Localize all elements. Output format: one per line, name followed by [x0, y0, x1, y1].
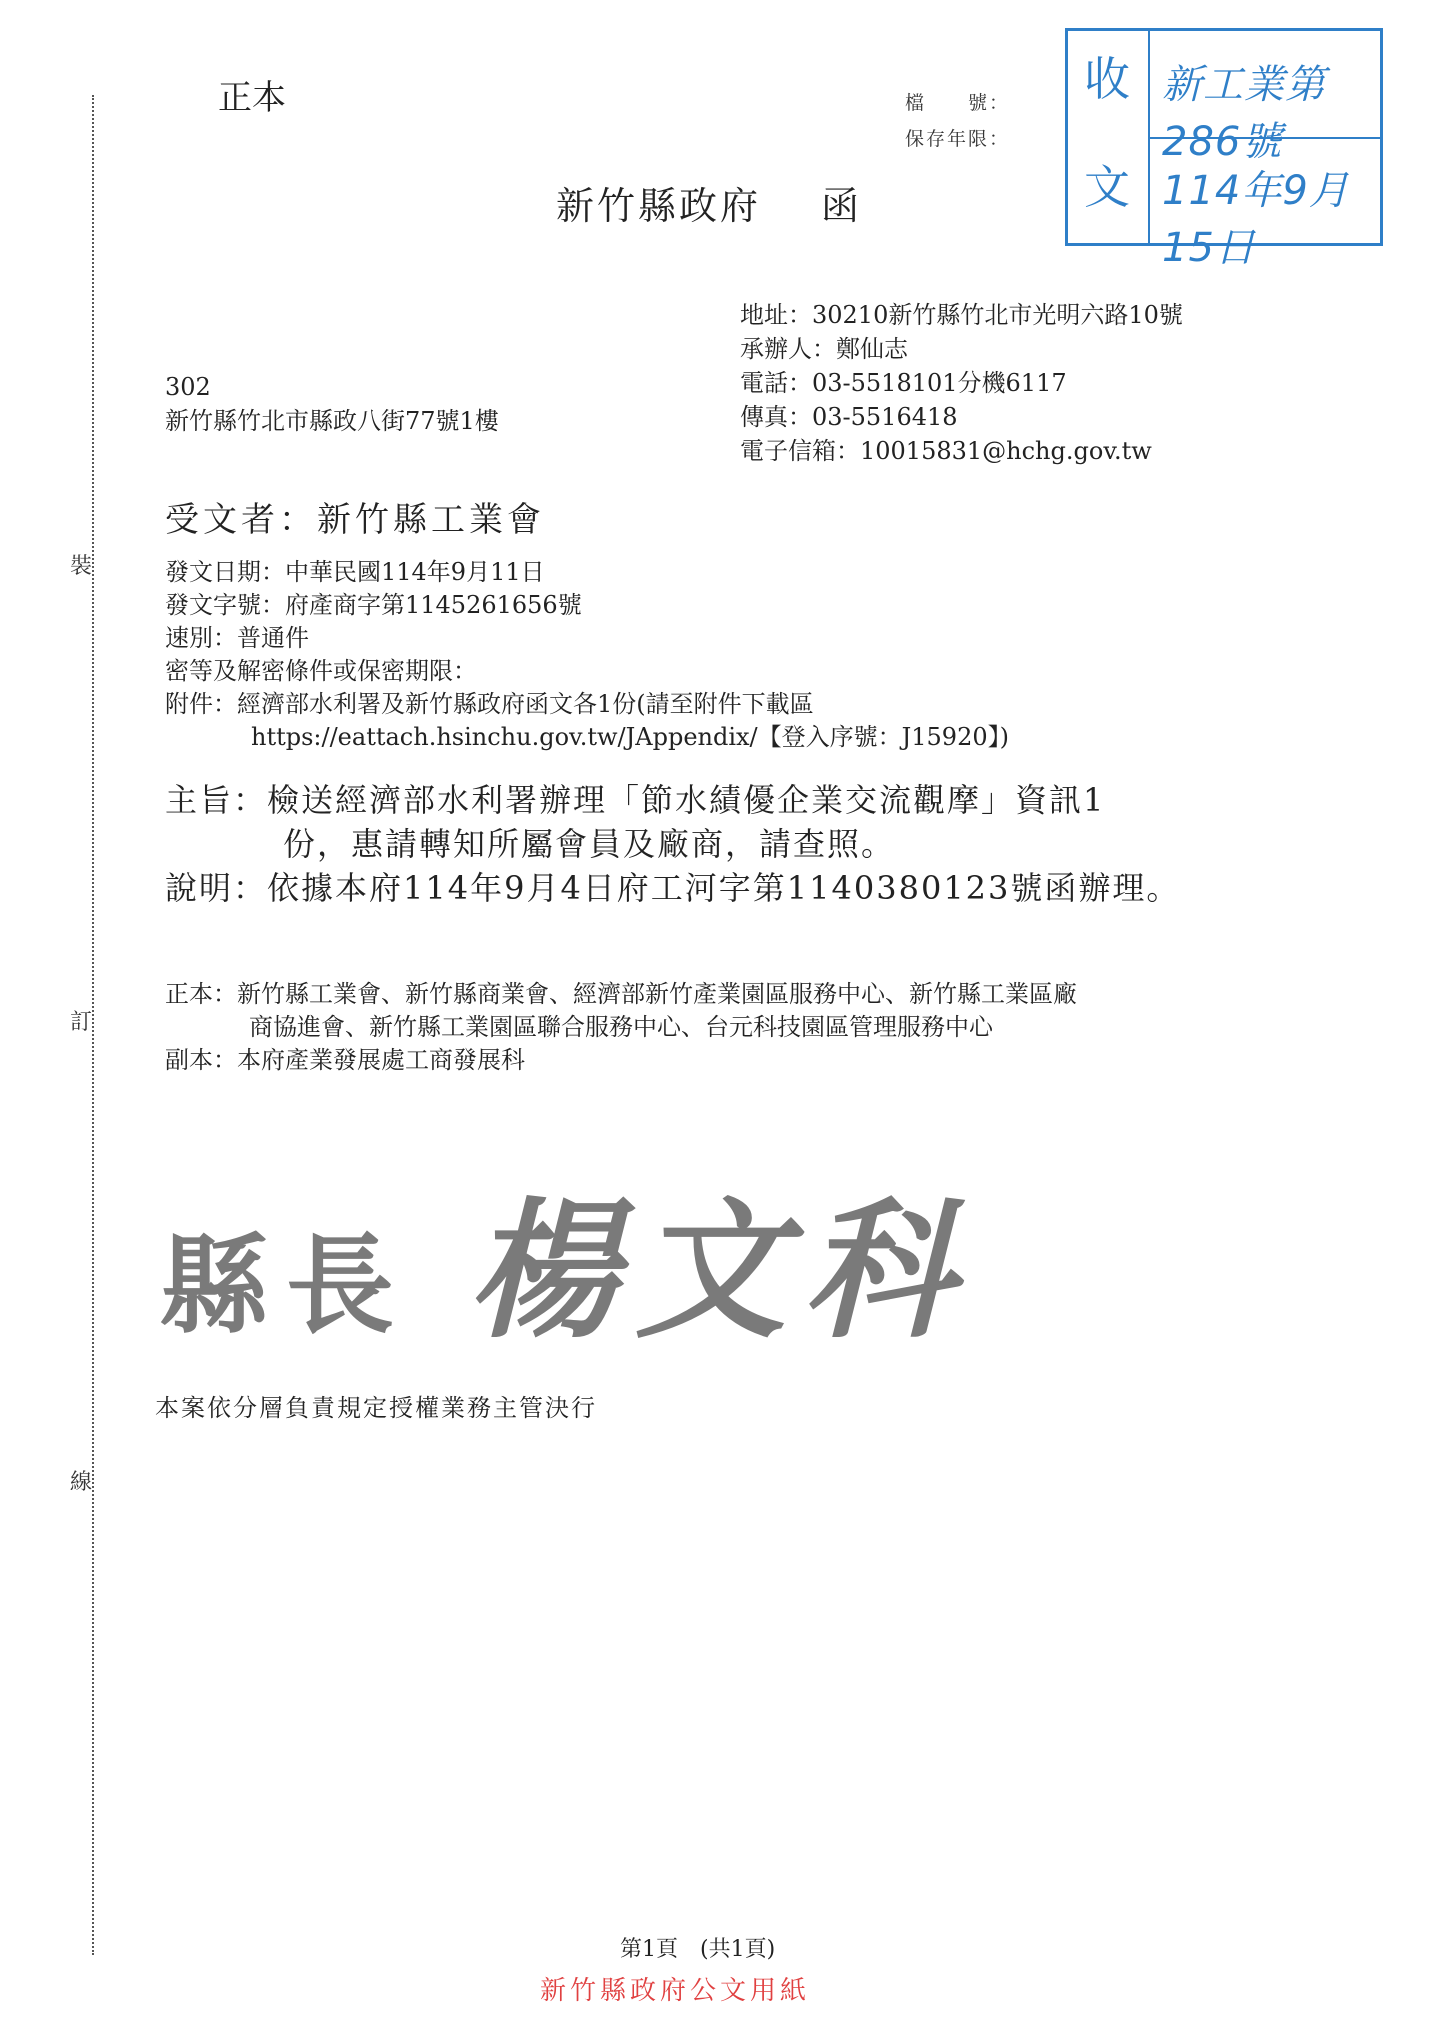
attachment-link[interactable]: https://eattach.hsinchu.gov.tw/JAppendix… — [165, 721, 1009, 754]
stamp-label-wen: 文 — [1084, 151, 1130, 217]
recipient-address-block: 302 新竹縣竹北市縣政八街77號1樓 — [165, 370, 499, 438]
recipient-address: 新竹縣竹北市縣政八街77號1樓 — [165, 404, 499, 438]
paper-brand: 新竹縣政府公文用紙 — [540, 1970, 810, 2007]
classification: 密等及解密條件或保密期限： — [165, 655, 1009, 688]
receipt-stamp: 收 文 新工業第286號 114年9月15日 — [1065, 28, 1383, 246]
subject: 主旨：檢送經濟部水利署辦理「節水績優企業交流觀摩」資訊1 — [165, 778, 1180, 822]
signature-title: 縣長 — [160, 1223, 412, 1349]
doc-number: 發文字號：府產商字第1145261656號 — [165, 589, 1009, 622]
sender-info: 地址：30210新竹縣竹北市光明六路10號 承辦人：鄭仙志 電話：03-5518… — [740, 298, 1183, 468]
signature-seal: 縣長 楊文科 — [160, 1150, 972, 1366]
stamp-label-shou: 收 — [1084, 43, 1130, 109]
title-type: 函 — [821, 184, 862, 228]
document-body: 主旨：檢送經濟部水利署辦理「節水績優企業交流觀摩」資訊1 份，惠請轉知所屬會員及… — [165, 778, 1180, 910]
file-number-label: 檔 號： — [905, 88, 1010, 115]
binding-dotted-line — [92, 95, 94, 1955]
issue-date: 發文日期：中華民國114年9月11日 — [165, 556, 1009, 589]
binding-mark-ding: 訂 — [70, 1012, 92, 1034]
signature-name: 楊文科 — [468, 1183, 972, 1359]
stamp-date-cell: 114年9月15日 — [1150, 137, 1380, 243]
contact-person: 承辦人：鄭仙志 — [740, 332, 1183, 366]
original-recipients-continued: 商協進會、新竹縣工業園區聯合服務中心、台元科技園區管理服務中心 — [165, 1011, 1077, 1044]
page-number: 第1頁 (共1頁) — [620, 1932, 775, 1963]
binding-mark-zhuang: 裝 — [70, 556, 92, 578]
stamp-label-column: 收 文 — [1068, 31, 1150, 243]
attachment: 附件：經濟部水利署及新竹縣政府函文各1份(請至附件下載區 — [165, 688, 1009, 721]
sender-fax: 傳真：03-5516418 — [740, 400, 1183, 434]
distribution-list: 正本：新竹縣工業會、新竹縣商業會、經濟部新竹產業園區服務中心、新竹縣工業區廠 商… — [165, 978, 1077, 1077]
receipt-date: 114年9月15日 — [1162, 159, 1380, 273]
subject-continued: 份，惠請轉知所屬會員及廠商，請查照。 — [165, 822, 1180, 866]
sender-email: 電子信箱：10015831@hchg.gov.tw — [740, 434, 1183, 468]
binding-mark-xian: 線 — [70, 1472, 92, 1494]
priority: 速別：普通件 — [165, 622, 1009, 655]
delegation-note: 本案依分層負責規定授權業務主管決行 — [155, 1388, 597, 1423]
copy-type-label: 正本 — [218, 70, 286, 119]
addressee: 受文者：新竹縣工業會 — [165, 492, 545, 541]
title-org: 新竹縣政府 — [556, 184, 761, 228]
original-recipients: 正本：新竹縣工業會、新竹縣商業會、經濟部新竹產業園區服務中心、新竹縣工業區廠 — [165, 978, 1077, 1011]
document-title: 新竹縣政府函 — [556, 175, 862, 230]
sender-phone: 電話：03-5518101分機6117 — [740, 366, 1183, 400]
explanation: 說明：依據本府114年9月4日府工河字第1140380123號函辦理。 — [165, 866, 1180, 910]
document-meta: 發文日期：中華民國114年9月11日 發文字號：府產商字第1145261656號… — [165, 556, 1009, 754]
retention-label: 保存年限： — [905, 124, 1010, 151]
sender-address: 地址：30210新竹縣竹北市光明六路10號 — [740, 298, 1183, 332]
copy-recipients: 副本：本府產業發展處工商發展科 — [165, 1044, 1077, 1077]
recipient-postal-code: 302 — [165, 370, 499, 404]
stamp-number-cell: 新工業第286號 — [1150, 31, 1380, 139]
